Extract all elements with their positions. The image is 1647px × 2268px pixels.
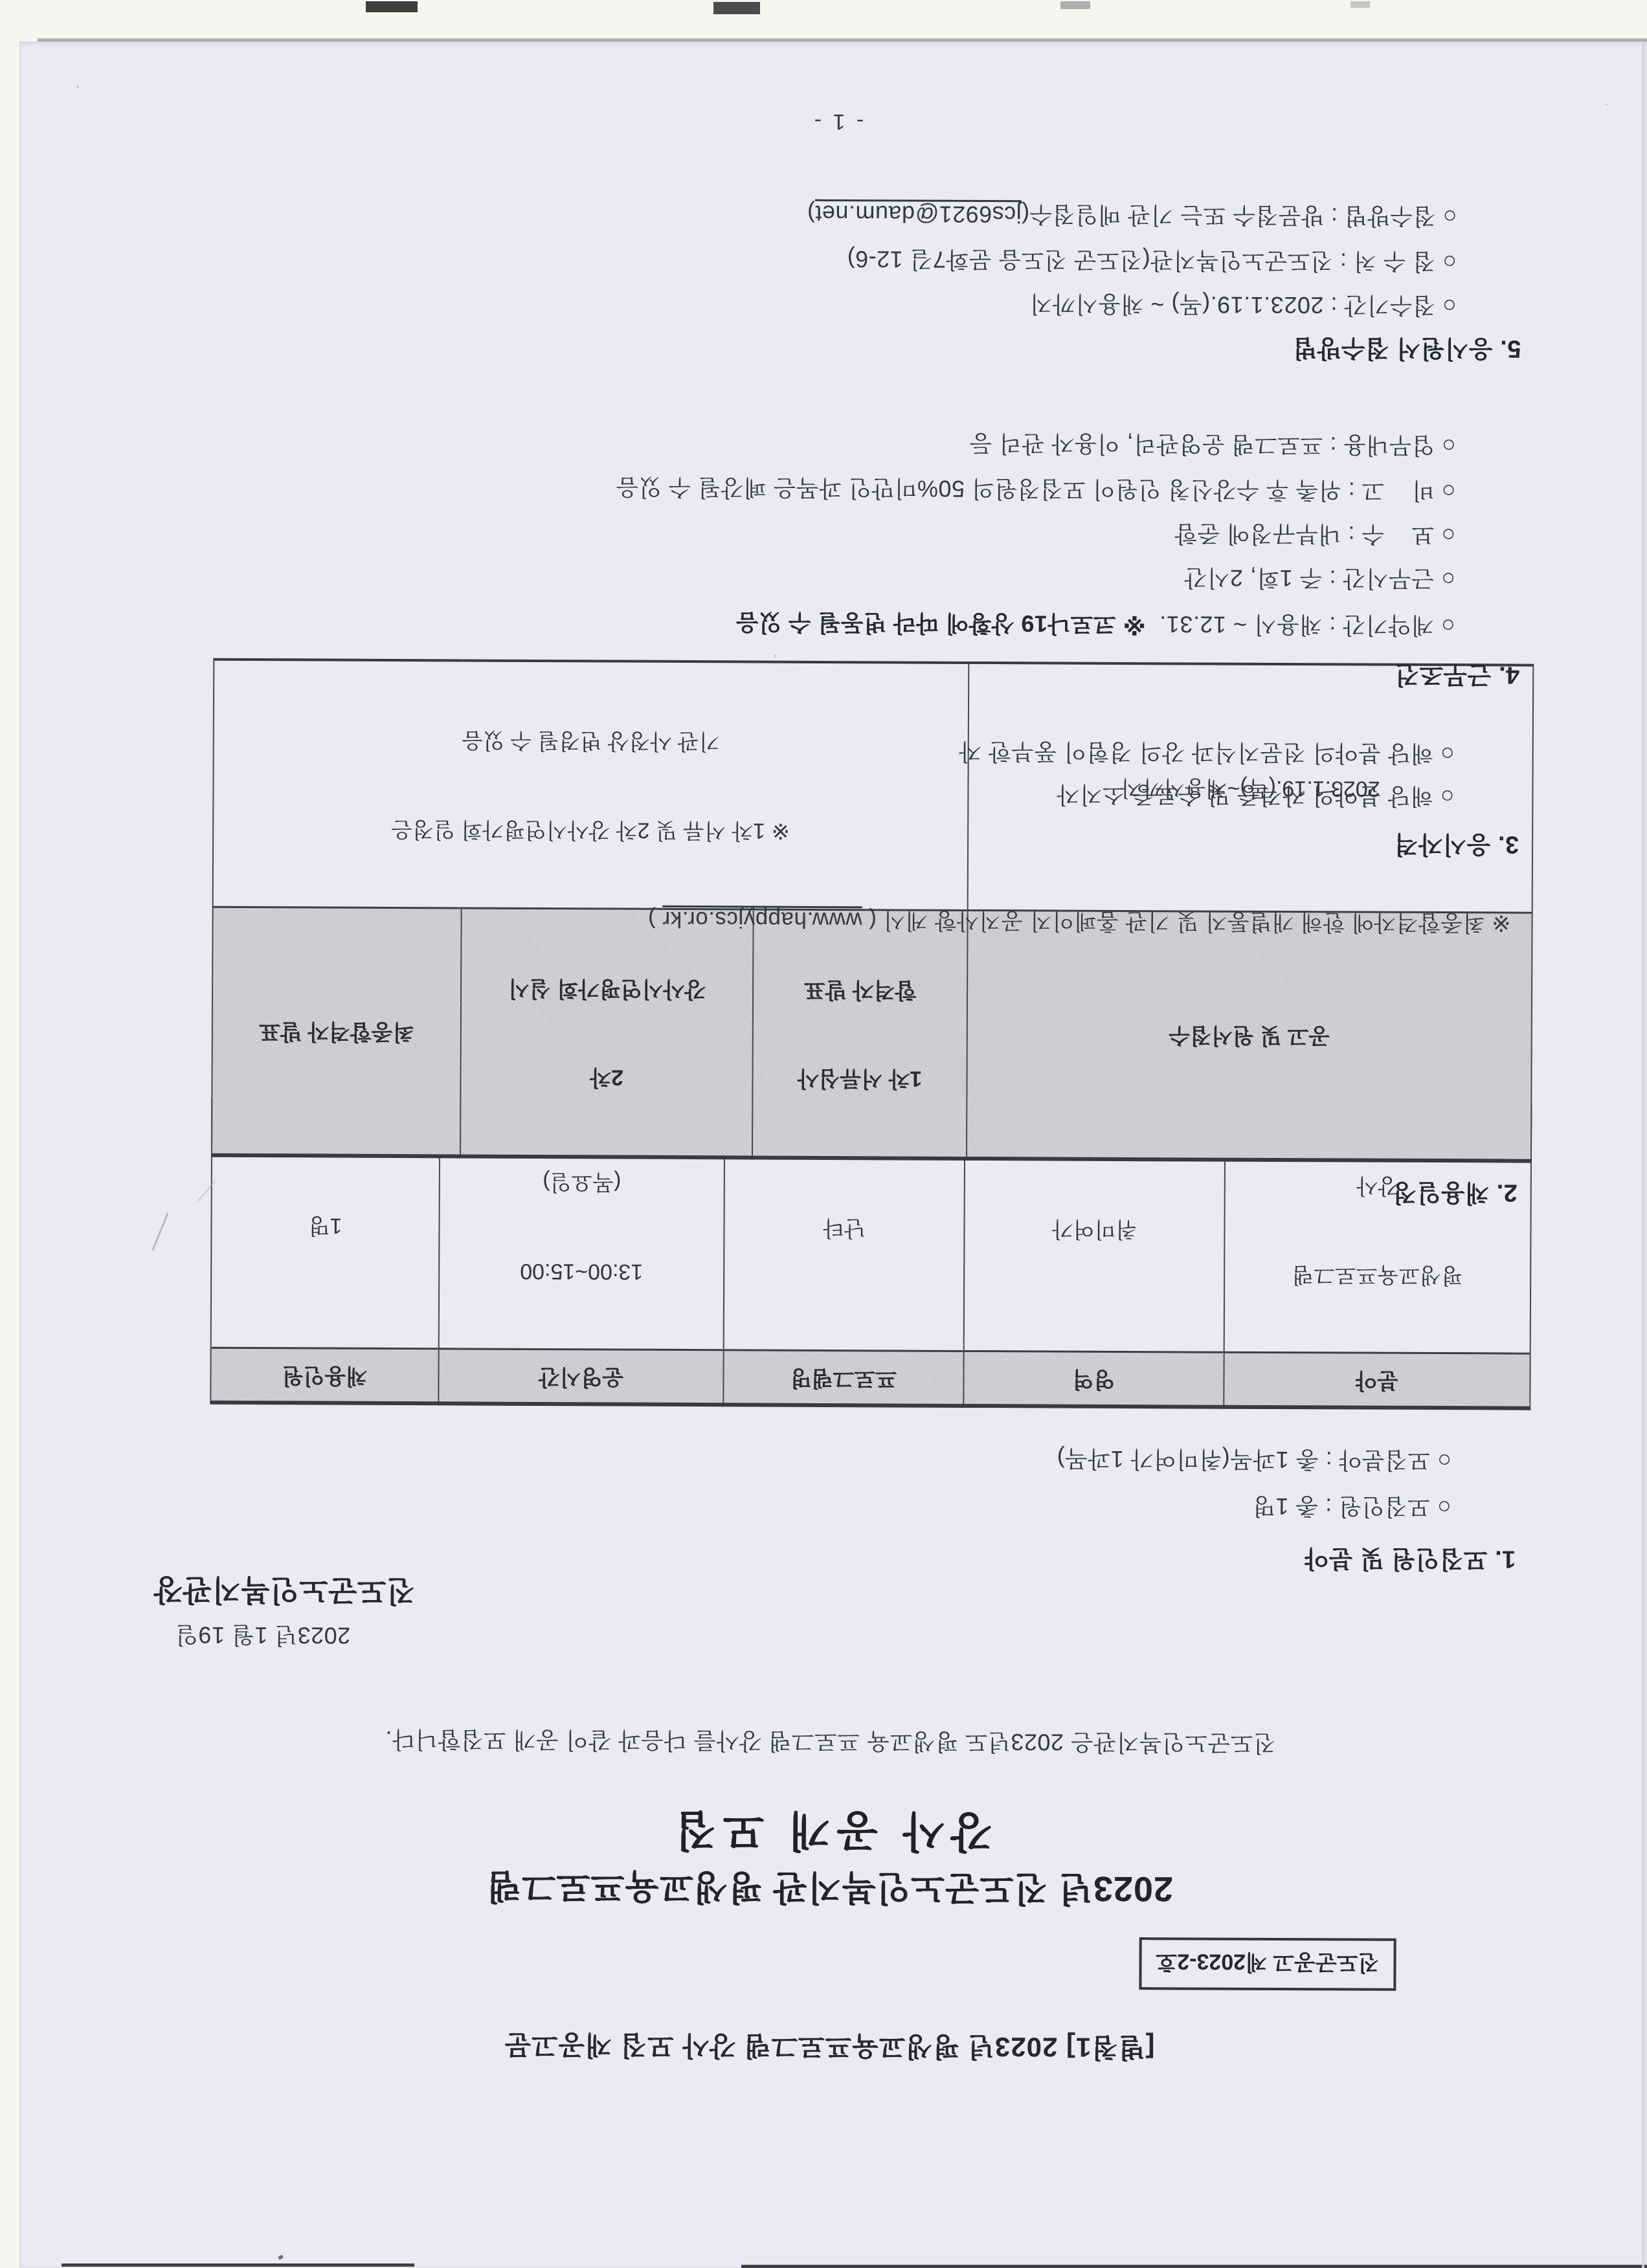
section5-item-place: ○ 접 수 처 : 진도군노인복지관(진도군 진도읍 문화7길 12-6): [847, 245, 1457, 276]
section1-item-headcount: ○ 모집인원 : 총 1명: [1253, 1493, 1451, 1522]
final-pass-note-close: ): [648, 907, 663, 932]
page-number: - 1 -: [24, 105, 1647, 139]
section5-item-method: ○ 접수방법 : 방문접수 또는 기관 메일접수(jcs6921@daum.ne…: [807, 200, 1457, 231]
main-title-line1: 2023년 진도군노인복지관 평생교육프로그램: [16, 1863, 1644, 1912]
section1-item-field: ○ 모집분야 : 총 1과목(취미여가 1과목): [1057, 1445, 1451, 1474]
notice-number-box: 진도군공고 제2023-2호: [1139, 1937, 1396, 1991]
section4-item-remark: ○ 비 고 : 위촉 후 수강신청 인원이 모집정원의 50%미만인 과목은 폐…: [616, 473, 1456, 505]
signer-line: 진도군노인복지관장: [153, 1572, 416, 1608]
recruit-col-headcount: 채용인원: [210, 1348, 438, 1404]
section4-title: 4. 근무조건: [1395, 659, 1520, 689]
section4-item-duties: ○ 업무내용 : 프로그램 운영관리, 이용자 관리 등: [969, 430, 1456, 460]
date-line: 2023년 1월 19일: [175, 1621, 351, 1649]
scan-artifact-top-mark: [1350, 1, 1370, 8]
section4-item-hours: ○ 근무시간 : 주 1회, 2시간: [1184, 564, 1455, 593]
contract-period-text: ○ 계약기간 : 채용시 ~ 12.31.: [1146, 611, 1455, 639]
schedule-col-round2: 2차 강사시연평가회 실시: [460, 908, 754, 1158]
scan-artifact-bottom-line: [62, 2263, 414, 2267]
method-text: ○ 접수방법 : 방문접수 또는 기관 메일접수(: [1022, 201, 1457, 230]
recruit-col-area: 영역: [963, 1351, 1224, 1407]
document-content-rotated: [별첨1] 2023년 평생교육프로그램 강사 모집 재공고문 진도군공고 제2…: [15, 38, 1647, 2268]
schedule-col-final: 최종합격자 발표: [212, 907, 462, 1156]
recruit-col-time: 운영시간: [438, 1349, 723, 1405]
final-pass-note-text: ※ 최종합격자에 한해 개별통지 및 기관 홈페이지 공지사항 게시 (: [862, 907, 1511, 935]
cell-schedule-note: ※ 1차 서류 및 2차 강사시연평가회 일정은 기관 사정상 변경될 수 있음: [213, 660, 969, 911]
recruit-col-program: 프로그램명: [723, 1350, 963, 1406]
recruit-col-field: 분야: [1224, 1353, 1530, 1408]
section3-title: 3. 응시자격: [1394, 828, 1519, 858]
section4-item-pay: ○ 보 수 : 내부규정에 준함: [1174, 520, 1455, 549]
scan-artifact-top-mark: [713, 2, 760, 14]
schedule-col-round1: 1차 서류심사 합격자 발표: [752, 909, 968, 1159]
section2-title: 2. 채용일정: [1393, 1177, 1518, 1206]
intro-paragraph: 진도군노인복지관은 2023년도 평생교육 프로그램 강사를 다음과 같이 공개…: [17, 1724, 1644, 1759]
homepage-url: www.happyjcs.or.kr: [662, 907, 862, 933]
final-pass-note: ※ 최종합격자에 한해 개별통지 및 기관 홈페이지 공지사항 게시 ( www…: [648, 906, 1511, 937]
section3-item-certificate: ○ 해당 분야의 자격증 및 수료증 소지자: [1057, 781, 1455, 810]
method-text-close: ): [807, 201, 815, 227]
schedule-col-apply: 공고 및 원서접수: [967, 910, 1532, 1161]
scan-artifact-speck: [774, 655, 776, 657]
scanned-page: { "page": { "number_label": "- 1 -" }, "…: [0, 0, 1647, 2268]
section5-item-period: ○ 접수기간 : 2023.1.19.(목) ~ 채용시까지: [1029, 290, 1457, 320]
section5-title: 5. 응시원서 접수방법: [1293, 332, 1521, 362]
scan-artifact-speck: [1606, 104, 1608, 106]
scan-artifact-right-edge: [1642, 41, 1644, 2268]
contact-email: jcs6921@daum.net: [815, 201, 1022, 228]
section4-item-contract: ○ 계약기간 : 채용시 ~ 12.31. ※ 코로나19 상황에 따라 변동될…: [735, 608, 1455, 639]
main-title-line2: 강사 공개 모집: [16, 1801, 1644, 1860]
scan-artifact-bottom-line: [741, 2265, 1647, 2268]
scanned-sheet: [별첨1] 2023년 평생교육프로그램 강사 모집 재공고문 진도군공고 제2…: [19, 41, 1647, 2268]
scan-artifact-top-mark: [366, 1, 418, 12]
section3-item-experience: ○ 해당 분야의 전문지식과 강의 경험이 풍부한 자: [959, 738, 1455, 768]
attachment-title: [별첨1] 2023년 평생교육프로그램 강사 모집 재공고문: [16, 2026, 1643, 2065]
section1-title: 1. 모집인원 및 분야: [1305, 1543, 1516, 1573]
recruit-table-header-row: 분야 영역 프로그램명 운영시간 채용인원: [210, 1348, 1530, 1408]
schedule-table-header-row: 공고 및 원서접수 1차 서류심사 합격자 발표 2차 강사시연평가회 실시 최…: [212, 907, 1532, 1161]
covid-notice-text: ※ 코로나19 상황에 따라 변동될 수 있음: [735, 609, 1146, 638]
scan-artifact-top-mark: [1060, 1, 1090, 9]
scan-artifact-speck: [76, 85, 79, 88]
